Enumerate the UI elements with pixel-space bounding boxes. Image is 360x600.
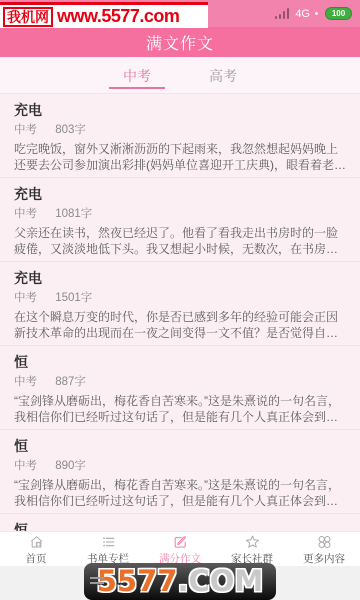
watermark-lines-icon <box>90 577 104 587</box>
top-watermark: 我机网 www.5577.com <box>0 2 208 28</box>
tab-label: 高考 <box>209 68 237 84</box>
word-count: 887字 <box>55 376 86 388</box>
essay-title: 充电 <box>14 103 346 118</box>
exam-level: 中考 <box>14 376 37 388</box>
exam-level: 中考 <box>14 460 37 472</box>
nav-item-booklist[interactable]: 书单专栏 <box>72 532 144 566</box>
nav-item-home[interactable]: 首页 <box>0 532 72 566</box>
tab-bar: 中考 高考 <box>0 57 360 94</box>
essay-preview: “宝剑锋从磨砺出，梅花香自苦寒来。”这是朱熹说的一句名言，我相信你们已经听过这句… <box>14 394 346 425</box>
watermark-domain: .COM <box>177 567 263 596</box>
essay-meta: 中考 887字 <box>14 376 346 388</box>
essay-meta: 中考 1081字 <box>14 208 346 220</box>
app-screen: 4G 100 我机网 www.5577.com 满文作文 中考 高考 充电 中考… <box>0 0 360 600</box>
tab-gaokao[interactable]: 高考 <box>195 57 251 93</box>
essay-title: 恒 <box>14 439 346 454</box>
list-item[interactable]: 恒 中考 887字 “宝剑锋从磨砺出，梅花香自苦寒来。”这是朱熹说的一句名言，我… <box>0 346 360 430</box>
essay-title: 充电 <box>14 271 346 286</box>
essay-list: 充电 中考 803字 吃完晚饭，窗外又淅淅沥沥的下起雨来，我忽然想起妈妈晚上还要… <box>0 94 360 600</box>
list-item[interactable]: 恒 中考 890字 “宝剑锋从磨砺出，梅花香自苦寒来。”这是朱熹说的一句名言，我… <box>0 430 360 514</box>
exam-level: 中考 <box>14 124 37 136</box>
exam-level: 中考 <box>14 208 37 220</box>
nav-item-more[interactable]: 更多内容 <box>288 532 360 566</box>
watermark-site-name: 我机网 <box>3 7 53 27</box>
battery-icon: 100 <box>325 7 352 20</box>
list-item[interactable]: 充电 中考 1081字 父亲还在读书，然夜已经迟了。他看了看我走出书房时的一脸疲… <box>0 178 360 262</box>
network-type-label: 4G <box>295 8 310 20</box>
tab-zhongkao[interactable]: 中考 <box>109 57 165 93</box>
essay-preview: 吃完晚饭，窗外又淅淅沥沥的下起雨来，我忽然想起妈妈晚上还要去公司参加演出彩排(妈… <box>14 142 346 173</box>
nav-item-community[interactable]: 家长社群 <box>216 532 288 566</box>
word-count: 803字 <box>55 124 86 136</box>
nav-label: 首页 <box>26 551 47 566</box>
star-icon <box>242 534 263 550</box>
exam-level: 中考 <box>14 292 37 304</box>
bottom-watermark: 5577 .COM <box>84 563 276 600</box>
list-item[interactable]: 充电 中考 1501字 在这个瞬息万变的时代，你是否已感到多年的经验可能会正因新… <box>0 262 360 346</box>
nav-label: 更多内容 <box>303 551 345 566</box>
network-dot-icon <box>315 12 318 15</box>
essay-title: 充电 <box>14 187 346 202</box>
essay-preview: 父亲还在读书，然夜已经迟了。他看了看我走出书房时的一脸疲倦，又淡淡地低下头。我又… <box>14 226 346 257</box>
essay-meta: 中考 890字 <box>14 460 346 472</box>
watermark-number: 5577 <box>97 567 178 596</box>
essay-preview: “宝剑锋从磨砺出，梅花香自苦寒来。”这是朱熹说的一句名言，我相信你们已经听过这句… <box>14 478 346 509</box>
active-tab-underline <box>109 87 165 89</box>
essay-meta: 中考 1501字 <box>14 292 346 304</box>
home-icon <box>26 534 47 550</box>
word-count: 890字 <box>55 460 86 472</box>
bottom-nav: 首页 书单专栏 满分作文 家长社群 <box>0 531 360 566</box>
booklist-icon <box>98 534 119 550</box>
watermark-site-url: www.5577.com <box>57 6 179 27</box>
tab-label: 中考 <box>123 68 151 84</box>
list-item[interactable]: 充电 中考 803字 吃完晚饭，窗外又淅淅沥沥的下起雨来，我忽然想起妈妈晚上还要… <box>0 94 360 178</box>
signal-bars-icon <box>275 8 290 19</box>
essay-preview: 在这个瞬息万变的时代，你是否已感到多年的经验可能会正因新技术革命的出现而在一夜之… <box>14 310 346 341</box>
nav-item-essays[interactable]: 满分作文 <box>144 532 216 566</box>
page-title: 满文作文 <box>146 31 214 54</box>
more-icon <box>314 534 335 550</box>
essay-title: 恒 <box>14 355 346 370</box>
word-count: 1081字 <box>55 208 92 220</box>
edit-icon <box>170 534 191 550</box>
essay-meta: 中考 803字 <box>14 124 346 136</box>
app-header: 满文作文 <box>0 27 360 57</box>
word-count: 1501字 <box>55 292 92 304</box>
